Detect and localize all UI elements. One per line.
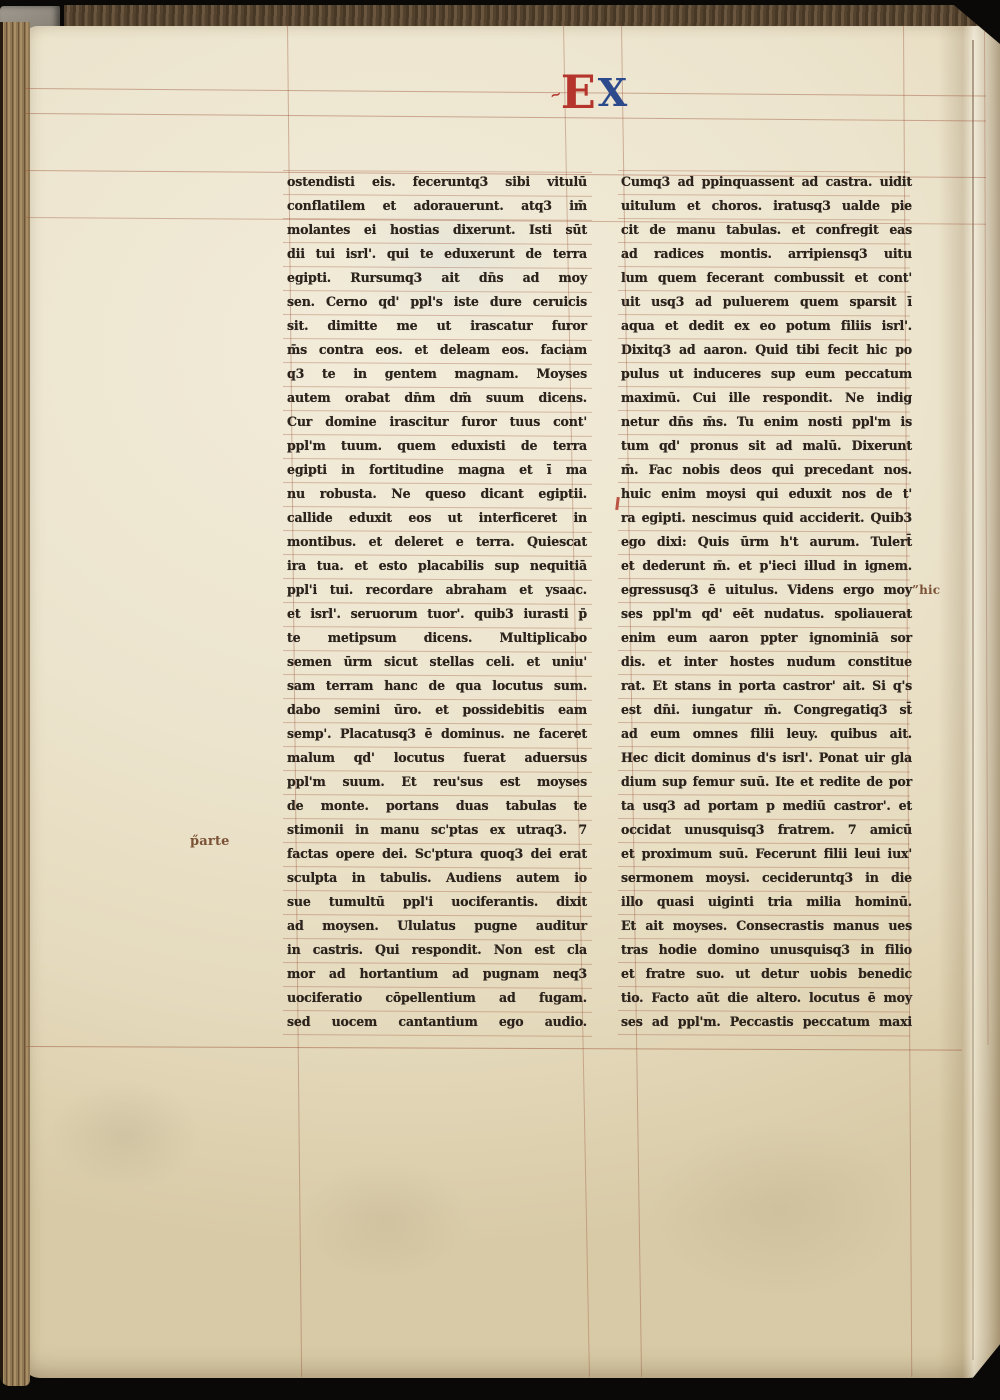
text-line: dis. et inter hostes nudum constitue <box>621 650 912 674</box>
text-line: m̄s contra eos. et deleam eos. faciam <box>287 338 587 362</box>
text-line: occidat unusquisq3 fratrem. 7 amicū <box>621 818 912 842</box>
text-line: dabo semini ūro. et possidebitis eam <box>287 698 587 722</box>
text-line: tum qd' pronus sit ad malū. Dixerunt <box>621 434 912 458</box>
text-line: sue tumultū ppl'i uociferantis. dixit <box>287 890 587 914</box>
text-line: ppl'm suum. Et reu'sus est moyses <box>287 770 587 794</box>
text-line: et proximum suū. Fecerunt filii leui iux… <box>621 842 912 866</box>
page-fore-edge <box>0 22 30 1386</box>
text-line: te metipsum dicens. Multiplicabo <box>287 626 587 650</box>
text-line: autem orabat dn̄m dm̄ suum dicens. <box>287 386 587 410</box>
text-line: malum qd' locutus fuerat aduersus <box>287 746 587 770</box>
text-line: sculpta in tabulis. Audiens autem io <box>287 866 587 890</box>
text-line: sit. dimitte me ut irascatur furor <box>287 314 587 338</box>
text-line: ra egipti. nescimus quid acciderit. Quib… <box>621 506 912 530</box>
text-line: conflatilem et adorauerunt. atq3 im̄ <box>287 194 587 218</box>
text-line: ego dixi: Quis ūrm h't aurum. Tulert̄ <box>621 530 912 554</box>
text-line: stimonii in manu sc'ptas ex utraq3. 7 <box>287 818 587 842</box>
text-line: est dn̄i. iungatur m̄. Congregatiq3 st̄ <box>621 698 912 722</box>
text-line: pulus ut induceres sup eum peccatum <box>621 362 912 386</box>
text-line: ira tua. et esto placabilis sup nequitiā <box>287 554 587 578</box>
text-column-right: Cumq3 ad ppinquassent ad castra. uiditui… <box>621 170 912 1034</box>
text-line: callide eduxit eos ut interficeret in <box>287 506 587 530</box>
text-line: egipti in fortitudine magna et ī ma <box>287 458 587 482</box>
text-line: et dederunt m̄. et p'ieci illud in ignem… <box>621 554 912 578</box>
running-title-letter-e: E <box>561 72 596 113</box>
text-line: ppl'm tuum. quem eduxisti de terra <box>287 434 587 458</box>
text-line: cit de manu tabulas. et confregit eas <box>621 218 912 242</box>
text-line: enim eum aaron ppter ignominiā sor <box>621 626 912 650</box>
text-line: molantes ei hostias dixerunt. Isti sūt <box>287 218 587 242</box>
text-line: netur dn̄s m̄s. Tu enim nosti ppl'm is <box>621 410 912 434</box>
text-line: tio. Facto aūt die altero. locutus ē moy <box>621 986 912 1010</box>
text-line: Cumq3 ad ppinquassent ad castra. uidit <box>621 170 912 194</box>
text-line: egipti. Rursumq3 ait dn̄s ad moy <box>287 266 587 290</box>
text-line: montibus. et deleret e terra. Quiescat <box>287 530 587 554</box>
text-line: Cur domine irascitur furor tuus cont' <box>287 410 587 434</box>
text-line: dium sup femur suū. Ite et redite de por <box>621 770 912 794</box>
text-line: lum quem fecerant combussit et cont' <box>621 266 912 290</box>
text-line: de monte. portans duas tabulas te <box>287 794 587 818</box>
page-crease-line <box>972 40 974 1360</box>
text-line: egressusq3 ē uitulus. Videns ergo moy <box>621 578 912 602</box>
running-title: ~ E X <box>545 72 627 113</box>
text-line: uit usq3 ad puluerem quem sparsit ī <box>621 290 912 314</box>
text-line: ta usq3 ad portam p mediū castror'. et <box>621 794 912 818</box>
text-line: nu robusta. Ne queso dicant egiptii. <box>287 482 587 506</box>
running-title-letter-x: X <box>598 74 627 112</box>
text-line: rat. Et stans in porta castror' ait. Si … <box>621 674 912 698</box>
text-line: ppl'i tui. recordare abraham et ysaac. <box>287 578 587 602</box>
text-line: dii tui isrl'. qui te eduxerunt de terra <box>287 242 587 266</box>
text-line: et isrl'. seruorum tuor'. quib3 iurasti … <box>287 602 587 626</box>
text-line: sermonem moysi. cecideruntq3 in die <box>621 866 912 890</box>
margin-note-right: ”hic <box>912 583 940 597</box>
text-line: factas opere dei. Sc'ptura quoq3 dei era… <box>287 842 587 866</box>
text-line: sam terram hanc de qua locutus sum. <box>287 674 587 698</box>
text-line: semen ūrm sicut stellas celi. et uniu' <box>287 650 587 674</box>
text-line: mor ad hortantium ad pugnam neq3 <box>287 962 587 986</box>
text-line: et fratre suo. ut detur uobis benedic <box>621 962 912 986</box>
text-line: Et ait moyses. Consecrastis manus ues <box>621 914 912 938</box>
text-line: sed uocem cantantium ego audio. <box>287 1010 587 1034</box>
text-line: ad radices montis. arripiensq3 uitu <box>621 242 912 266</box>
text-line: in castris. Qui respondit. Non est cla <box>287 938 587 962</box>
text-line: Hec dicit dominus d's isrl'. Ponat uir g… <box>621 746 912 770</box>
text-line: uociferatio cōpellentium ad fugam. <box>287 986 587 1010</box>
text-column-left: ostendisti eis. feceruntq3 sibi vitulūco… <box>287 170 587 1034</box>
text-line: illo quasi uiginti tria milia hominū. <box>621 890 912 914</box>
text-line: ses ppl'm qd' eēt nudatus. spoliauerat <box>621 602 912 626</box>
text-line: ostendisti eis. feceruntq3 sibi vitulū <box>287 170 587 194</box>
text-line: semp'. Placatusq3 ē dominus. ne faceret <box>287 722 587 746</box>
text-line: tras hodie domino unusquisq3 in filio <box>621 938 912 962</box>
text-line: aqua et dedit ex eo potum filiis isrl'. <box>621 314 912 338</box>
text-line: maximū. Cui ille respondit. Ne indig <box>621 386 912 410</box>
text-line: huic enim moysi qui eduxit nos de t' <box>621 482 912 506</box>
text-line: uitulum et choros. iratusq3 ualde pie <box>621 194 912 218</box>
text-line: Dixitq3 ad aaron. Quid tibi fecit hic po <box>621 338 912 362</box>
text-line: ad eum omnes filii leuy. quibus ait. <box>621 722 912 746</box>
text-line: sen. Cerno qd' ppl's iste dure ceruicis <box>287 290 587 314</box>
margin-note-left: p̋arte <box>190 834 230 849</box>
text-line: ses ad ppl'm. Peccastis peccatum maxi <box>621 1010 912 1034</box>
text-line: m̄. Fac nobis deos qui precedant nos. <box>621 458 912 482</box>
text-line: q3 te in gentem magnam. Moyses <box>287 362 587 386</box>
text-line: ad moysen. Ululatus pugne auditur <box>287 914 587 938</box>
